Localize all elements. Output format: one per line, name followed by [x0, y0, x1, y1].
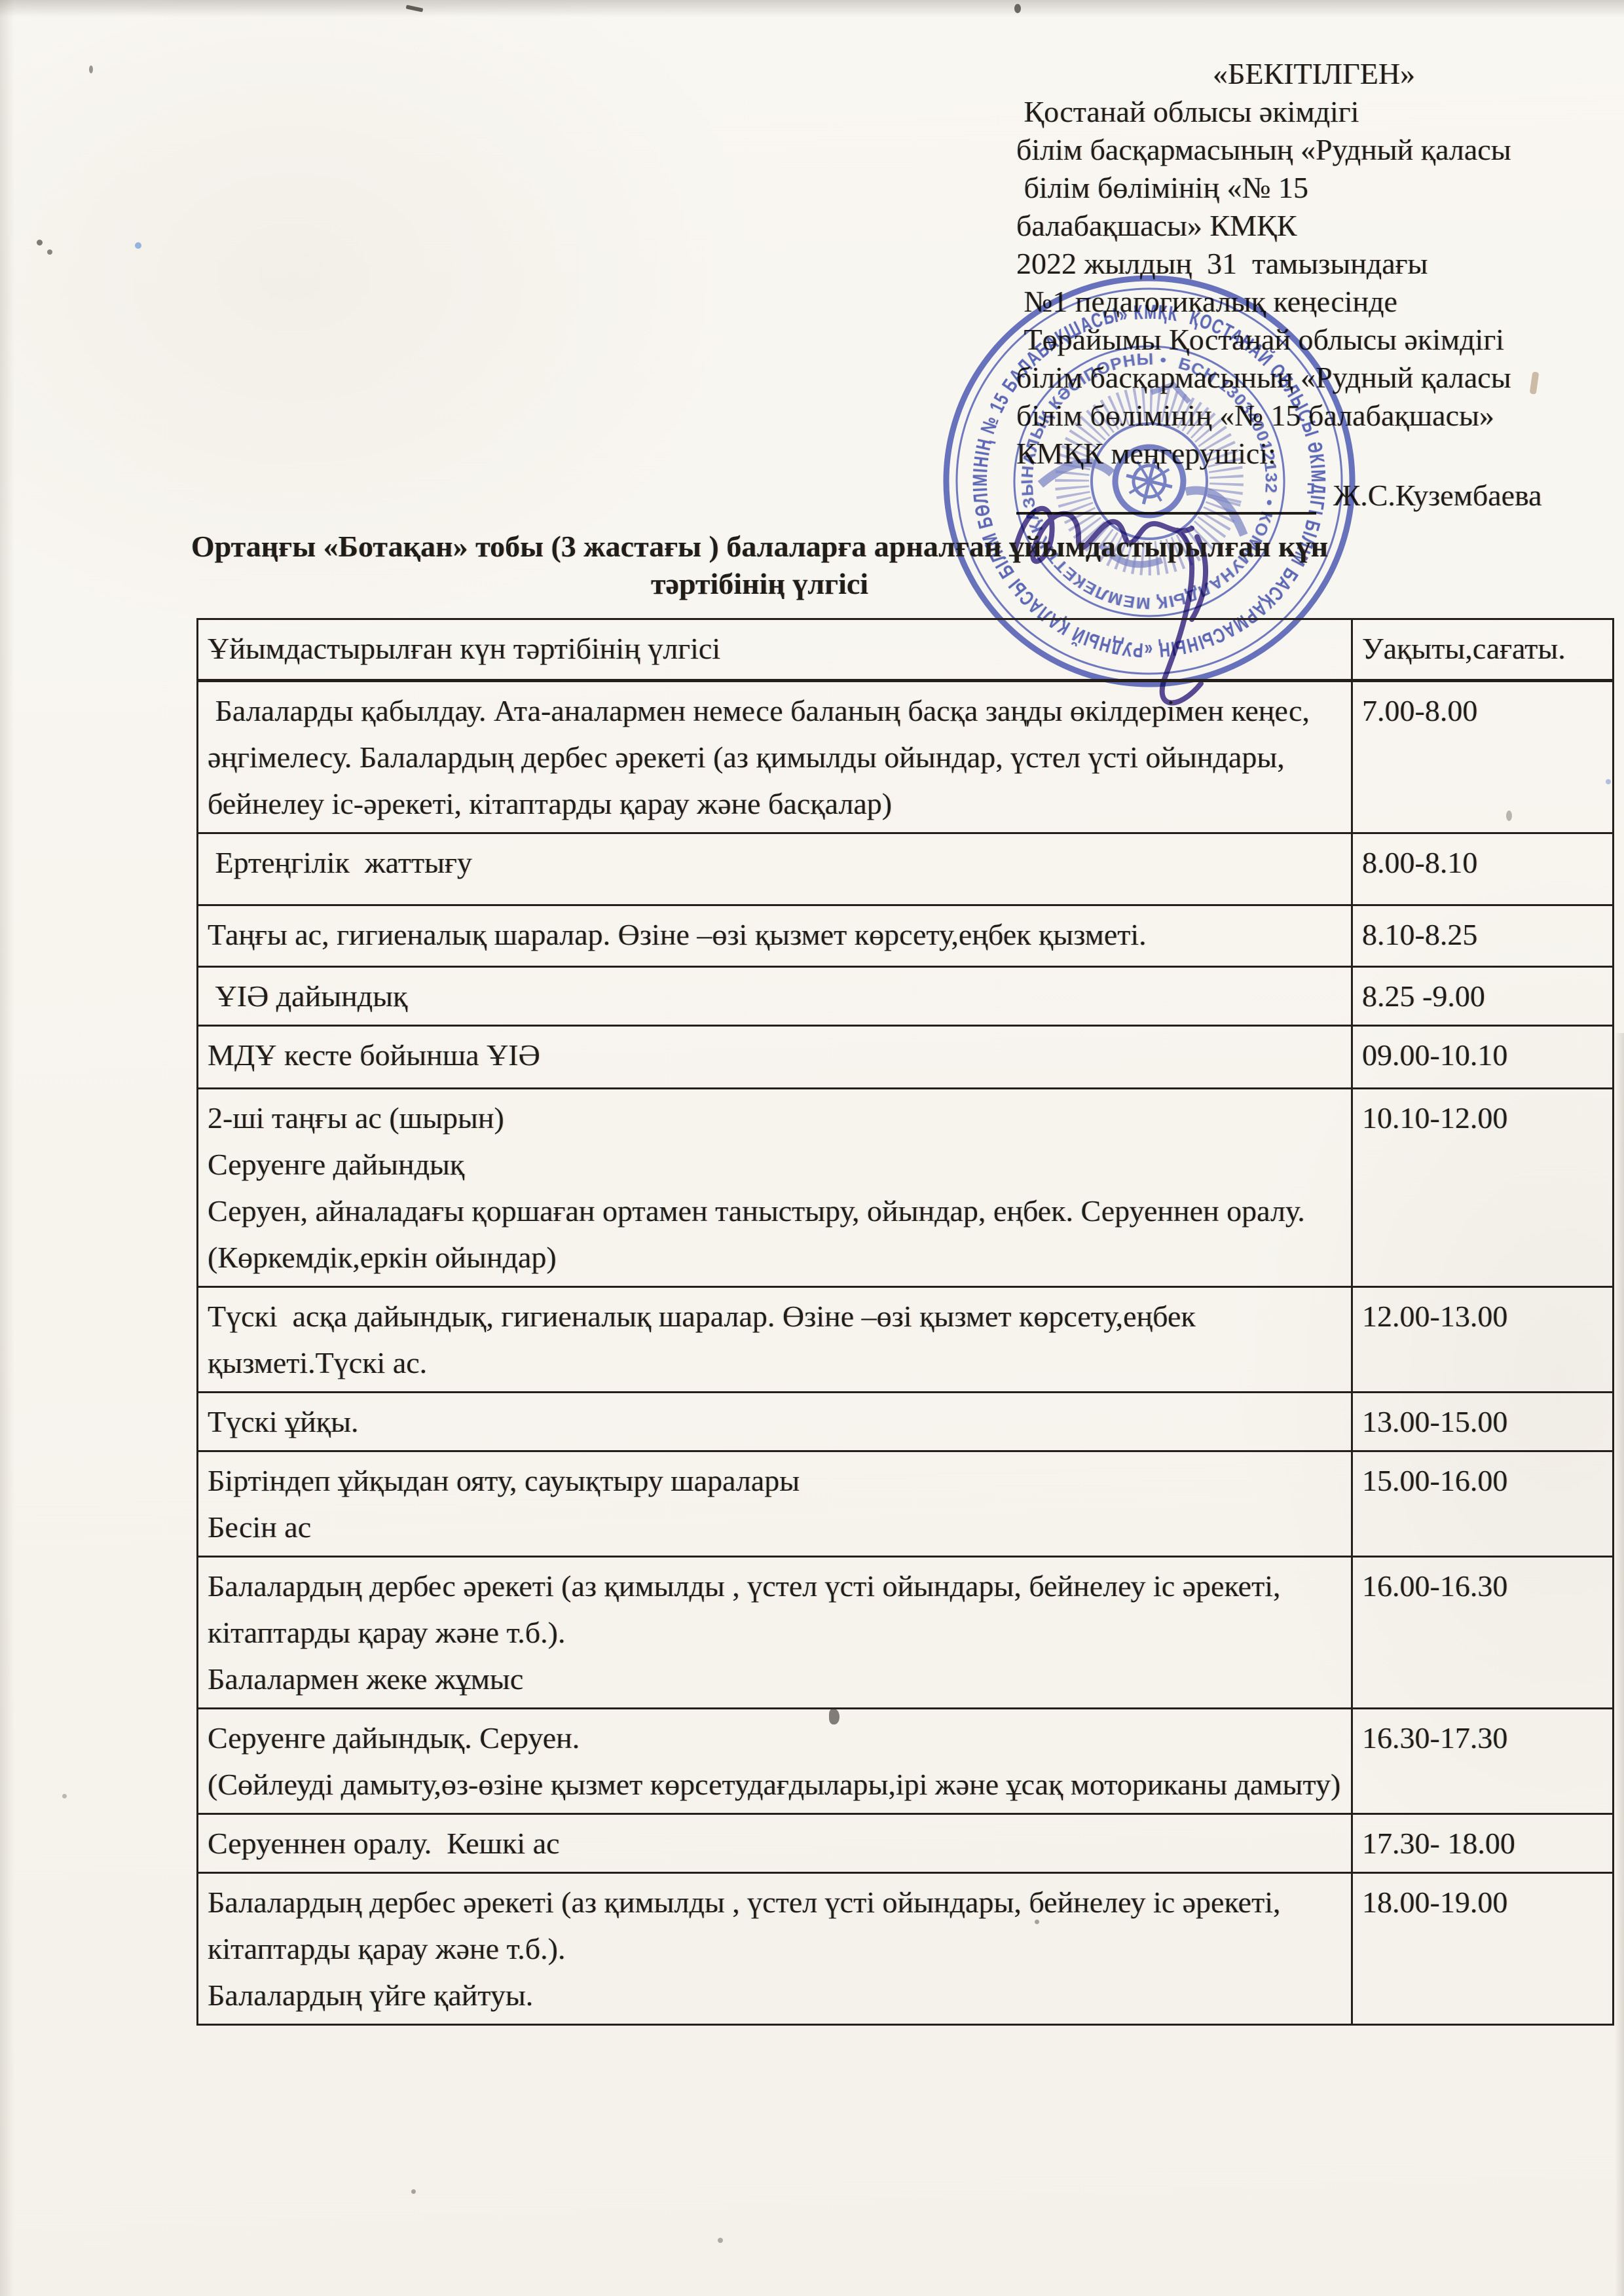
- activity-cell: Балаларды қабылдау. Ата-аналармен немесе…: [198, 681, 1352, 833]
- time-cell: 18.00-19.00: [1352, 1873, 1614, 2025]
- time-cell: 8.10-8.25: [1352, 905, 1614, 967]
- activity-cell: Серуеннен оралу. Кешкі ас: [198, 1814, 1352, 1873]
- activity-text: Балалардың дербес әрекеті (аз қимылды , …: [208, 1879, 1343, 1972]
- activity-text: Серуенге дайындық. Серуен.: [208, 1715, 1343, 1761]
- table-row: Балалардың дербес әрекеті (аз қимылды , …: [198, 1557, 1614, 1709]
- schedule-table: Ұйымдастырылған күн тәртібінің үлгісі Уа…: [196, 618, 1614, 2026]
- activity-cell: Балалардың дербес әрекеті (аз қимылды , …: [198, 1873, 1352, 2025]
- time-cell: 13.00-15.00: [1352, 1393, 1614, 1451]
- table-header-row: Ұйымдастырылған күн тәртібінің үлгісі Уа…: [198, 619, 1614, 681]
- activity-text: МДҰ кесте бойынша ҰІӘ: [208, 1032, 1343, 1078]
- scan-artifact: [62, 1794, 67, 1798]
- signature-row: Ж.С.Кузембаева: [1016, 477, 1624, 519]
- activity-cell: 2-ші таңғы ас (шырын)Серуенге дайындықСе…: [198, 1089, 1352, 1287]
- table-row: Түскі асқа дайындық, гигиеналық шаралар.…: [198, 1287, 1614, 1393]
- time-cell: 16.00-16.30: [1352, 1557, 1614, 1709]
- table-row: Балаларды қабылдау. Ата-аналармен немесе…: [198, 681, 1614, 833]
- scan-artifact: [37, 240, 43, 246]
- time-cell: 12.00-13.00: [1352, 1287, 1614, 1393]
- scan-artifact: [406, 5, 424, 12]
- scan-artifact: [135, 242, 141, 249]
- activity-cell: Біртіндеп ұйқыдан ояту, сауықтыру шарала…: [198, 1451, 1352, 1557]
- activity-text: Ертеңгілік жаттығу: [208, 839, 1343, 886]
- activity-cell: Серуенге дайындық. Серуен.(Сөйлеуді дамы…: [198, 1709, 1352, 1814]
- approval-line: Төрайымы Қостанай облысы әкімдігі: [1016, 321, 1624, 359]
- document-title: Ортаңғы «Ботақан» тобы (3 жастағы ) бала…: [59, 528, 1460, 602]
- signer-name: Ж.С.Кузембаева: [1316, 479, 1542, 512]
- scan-edge-shadow-left: [0, 0, 14, 2296]
- activity-text: ҰІӘ дайындық: [208, 973, 1343, 1019]
- scan-edge-shadow-right: [1615, 1033, 1624, 2296]
- scan-artifact: [89, 65, 93, 73]
- activity-text: Балалармен жеке жұмыс: [208, 1656, 1343, 1702]
- approval-line: білім бөлімінің «№ 15 балабақшасы»: [1016, 397, 1624, 435]
- approval-line: «БЕКІТІЛГЕН»: [1016, 55, 1624, 93]
- time-cell: 7.00-8.00: [1352, 681, 1614, 833]
- column-header-time: Уақыты,сағаты.: [1352, 619, 1614, 681]
- document-title-line2: тәртібінің үлгісі: [59, 565, 1460, 602]
- table-row: ҰІӘ дайындық8.25 -9.00: [198, 967, 1614, 1026]
- activity-cell: Түскі асқа дайындық, гигиеналық шаралар.…: [198, 1287, 1352, 1393]
- activity-text: Түскі асқа дайындық, гигиеналық шаралар.…: [208, 1293, 1343, 1386]
- scan-edge-shadow-top: [0, 0, 1624, 17]
- activity-text: Біртіндеп ұйқыдан ояту, сауықтыру шарала…: [208, 1457, 1343, 1504]
- time-cell: 09.00-10.10: [1352, 1026, 1614, 1089]
- time-cell: 10.10-12.00: [1352, 1089, 1614, 1287]
- approval-line: білім басқармасының «Рудный қаласы: [1016, 359, 1624, 397]
- activity-cell: МДҰ кесте бойынша ҰІӘ: [198, 1026, 1352, 1089]
- activity-cell: Балалардың дербес әрекеті (аз қимылды , …: [198, 1557, 1352, 1709]
- activity-cell: ҰІӘ дайындық: [198, 967, 1352, 1026]
- activity-text: (Сөйлеуді дамыту,өз-өзіне қызмет көрсету…: [208, 1761, 1343, 1808]
- activity-cell: Түскі ұйқы.: [198, 1393, 1352, 1451]
- activity-text: Таңғы ас, гигиеналық шаралар. Өзіне –өзі…: [208, 911, 1343, 958]
- activity-text: Балалардың үйге қайтуы.: [208, 1972, 1343, 2018]
- time-cell: 8.00-8.10: [1352, 833, 1614, 905]
- table-row: 2-ші таңғы ас (шырын)Серуенге дайындықСе…: [198, 1089, 1614, 1287]
- signature-line: [1016, 478, 1316, 515]
- scanned-document-page: «БЕКІТІЛГЕН» Қостанай облысы әкімдігібіл…: [0, 0, 1624, 2296]
- time-cell: 15.00-16.00: [1352, 1451, 1614, 1557]
- scan-artifact: [718, 2238, 723, 2243]
- table-row: Ертеңгілік жаттығу8.00-8.10: [198, 833, 1614, 905]
- approval-line: 2022 жылдың 31 тамызындағы: [1016, 245, 1624, 283]
- time-cell: 17.30- 18.00: [1352, 1814, 1614, 1873]
- table-row: Балалардың дербес әрекеті (аз қимылды , …: [198, 1873, 1614, 2025]
- approval-line: білім басқармасының «Рудный қаласы: [1016, 131, 1624, 169]
- activity-text: Бесін ас: [208, 1504, 1343, 1550]
- table-row: МДҰ кесте бойынша ҰІӘ09.00-10.10: [198, 1026, 1614, 1089]
- approval-line: білім бөлімінің «№ 15: [1016, 169, 1624, 207]
- time-cell: 8.25 -9.00: [1352, 967, 1614, 1026]
- activity-text: Балаларды қабылдау. Ата-аналармен немесе…: [208, 687, 1343, 827]
- activity-text: Балалардың дербес әрекеті (аз қимылды , …: [208, 1563, 1343, 1656]
- activity-text: Серуен, айналадағы қоршаған ортамен таны…: [208, 1188, 1343, 1281]
- activity-text: Серуеннен оралу. Кешкі ас: [208, 1820, 1343, 1867]
- scan-artifact: [411, 2189, 416, 2194]
- table-row: Таңғы ас, гигиеналық шаралар. Өзіне –өзі…: [198, 905, 1614, 967]
- activity-text: Серуенге дайындық: [208, 1141, 1343, 1188]
- activity-text: Түскі ұйқы.: [208, 1398, 1343, 1445]
- document-title-line1: Ортаңғы «Ботақан» тобы (3 жастағы ) бала…: [59, 528, 1460, 565]
- approval-line: балабақшасы» КМҚК: [1016, 207, 1624, 245]
- column-header-activity: Ұйымдастырылған күн тәртібінің үлгісі: [198, 619, 1352, 681]
- scan-artifact: [1014, 4, 1021, 13]
- approval-line: Қостанай облысы әкімдігі: [1016, 93, 1624, 131]
- activity-text: 2-ші таңғы ас (шырын): [208, 1095, 1343, 1141]
- time-cell: 16.30-17.30: [1352, 1709, 1614, 1814]
- approval-block: «БЕКІТІЛГЕН» Қостанай облысы әкімдігібіл…: [1016, 55, 1624, 519]
- table-row: Серуеннен оралу. Кешкі ас17.30- 18.00: [198, 1814, 1614, 1873]
- approval-line: КМҚК меңгерушісі:: [1016, 435, 1624, 473]
- approval-line: №1 педагогикалық кеңесінде: [1016, 283, 1624, 321]
- table-row: Серуенге дайындық. Серуен.(Сөйлеуді дамы…: [198, 1709, 1614, 1814]
- table-row: Біртіндеп ұйқыдан ояту, сауықтыру шарала…: [198, 1451, 1614, 1557]
- activity-cell: Ертеңгілік жаттығу: [198, 833, 1352, 905]
- scan-artifact: [47, 249, 52, 255]
- activity-cell: Таңғы ас, гигиеналық шаралар. Өзіне –өзі…: [198, 905, 1352, 967]
- table-row: Түскі ұйқы.13.00-15.00: [198, 1393, 1614, 1451]
